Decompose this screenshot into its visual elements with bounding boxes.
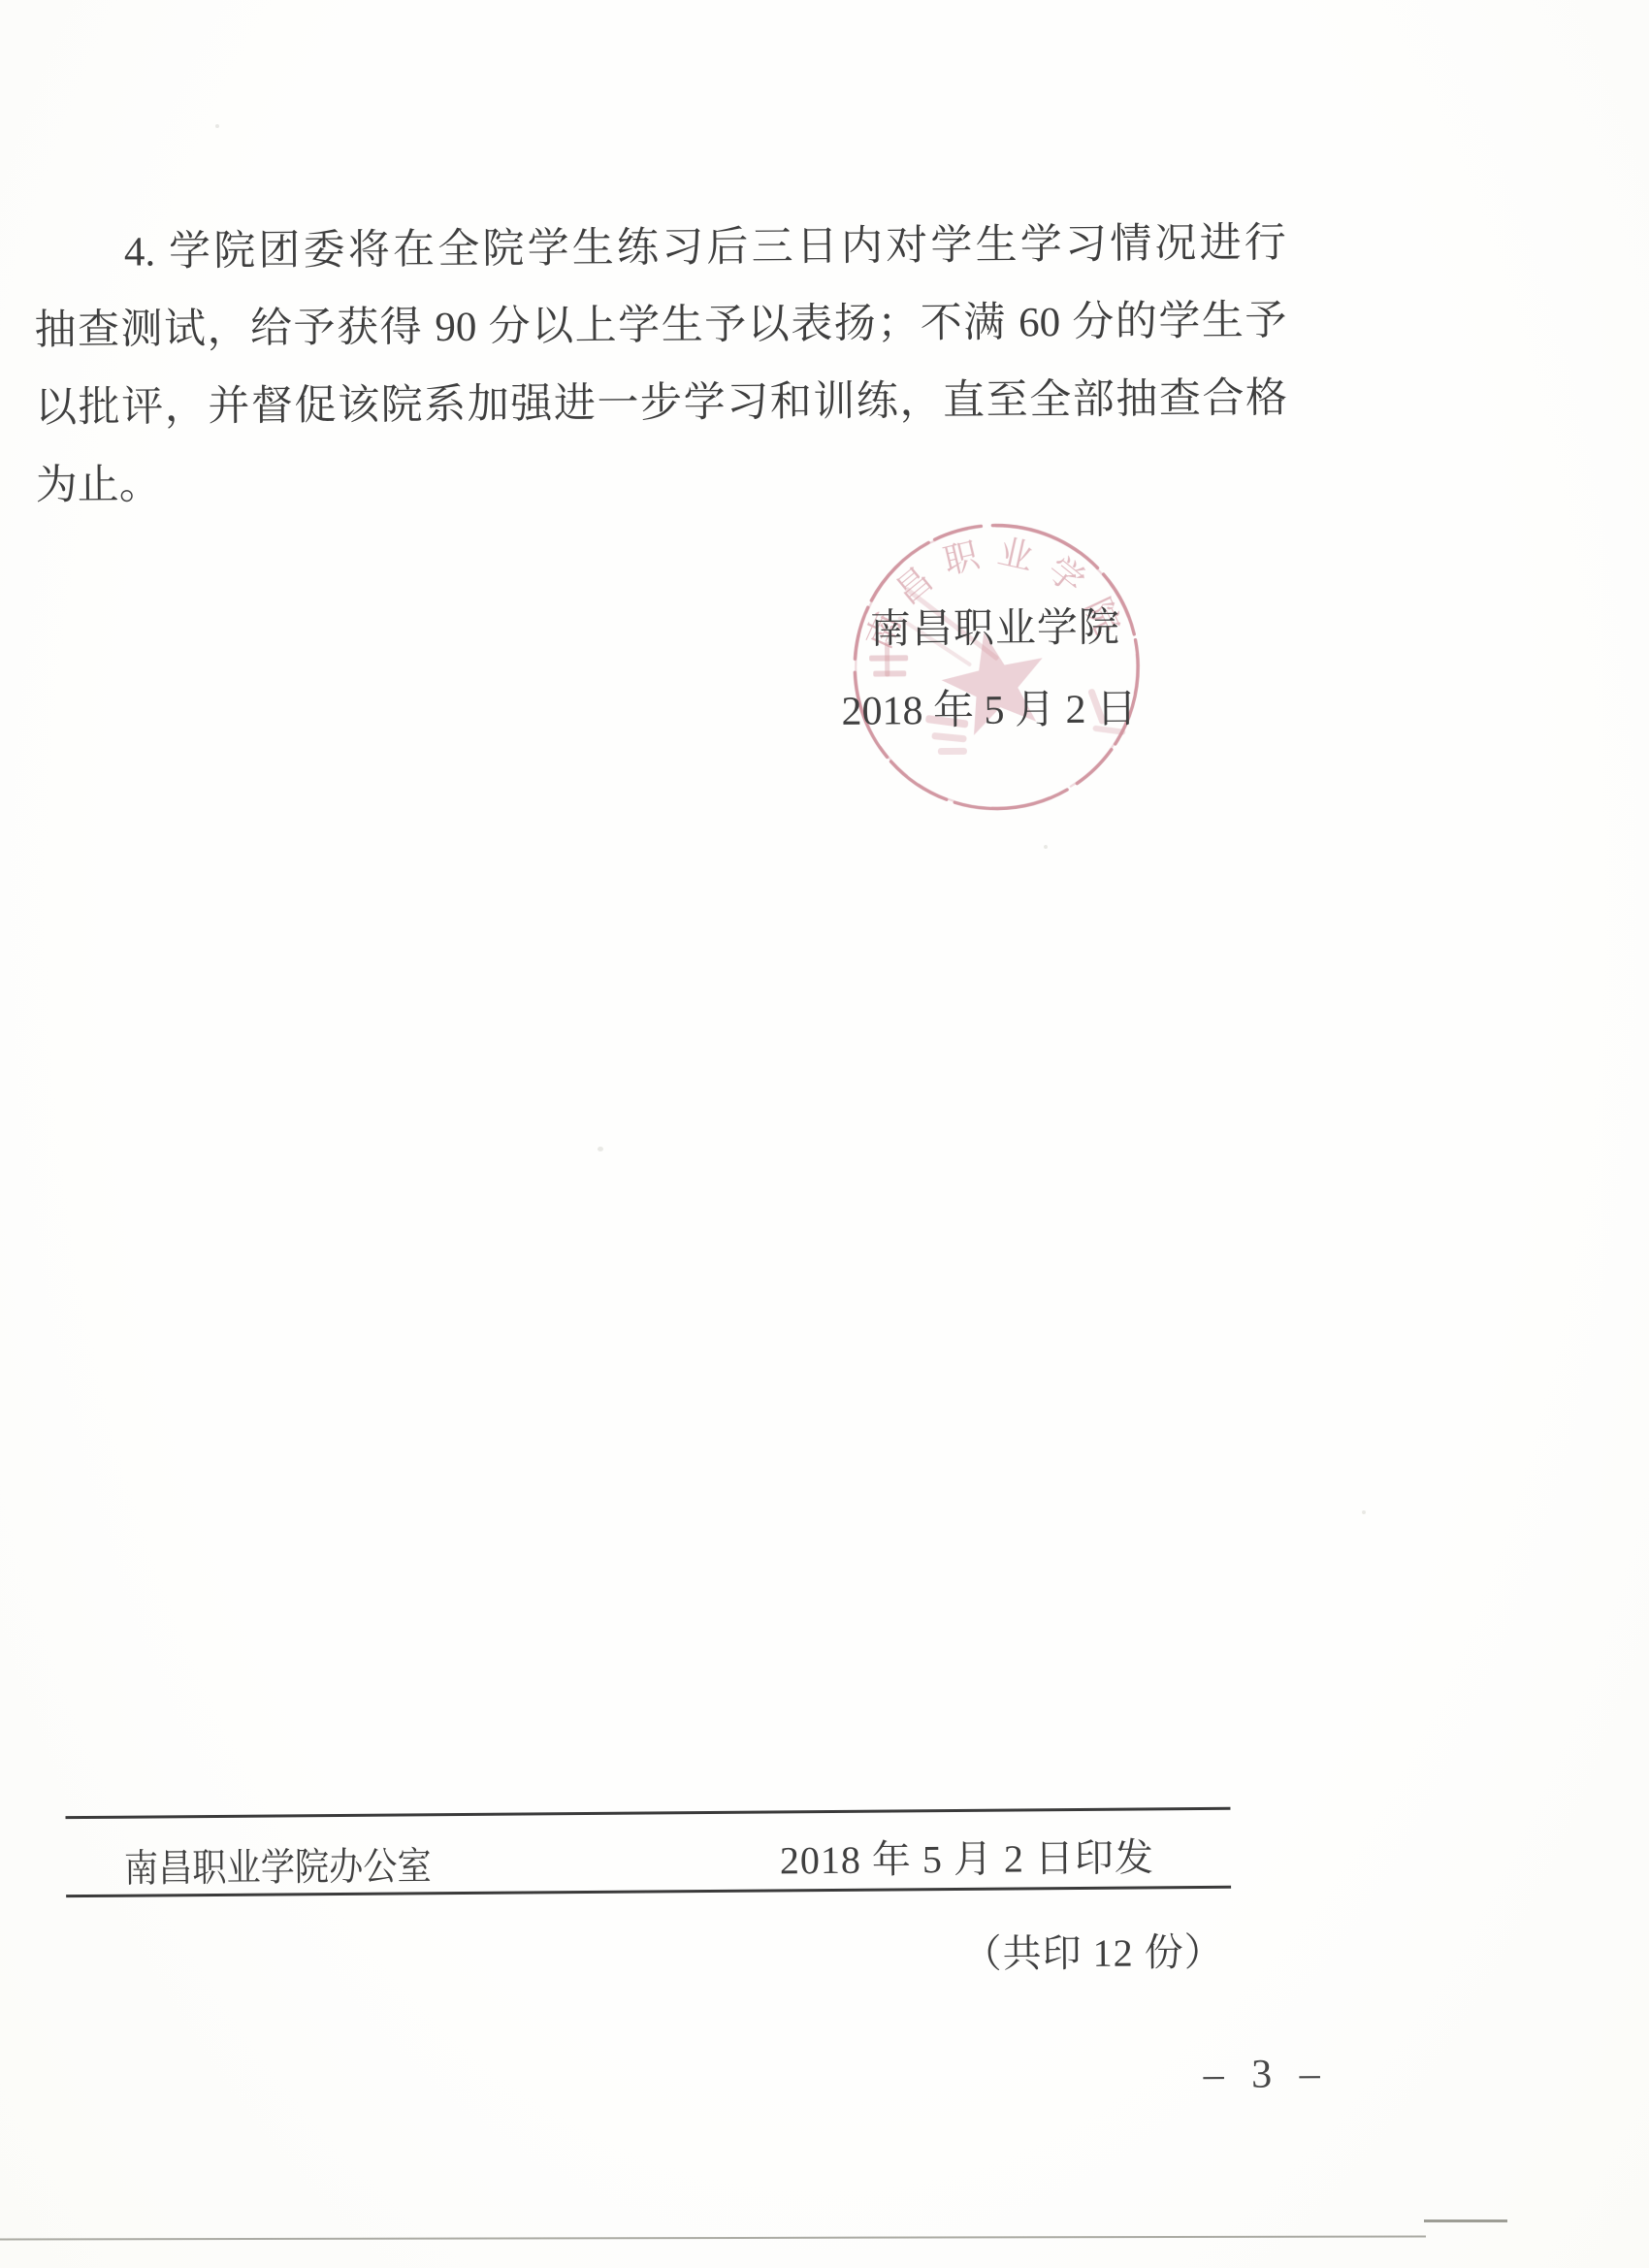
- scan-speck: [598, 1147, 603, 1151]
- page-number: – 3 –: [1203, 2051, 1328, 2098]
- body-line: 为止。: [35, 437, 1288, 525]
- signature-date: 2018 年 5 月 2 日: [841, 676, 1137, 736]
- scanned-document-page: 4. 学院团委将在全院学生练习后三日内对学生学习情况进行 抽查测试，给予获得 9…: [0, 0, 1649, 2268]
- scan-speck: [1044, 845, 1048, 849]
- footer-office: 南昌职业学院办公室: [124, 1835, 432, 1893]
- footer-rule-top: [65, 1807, 1230, 1819]
- scan-speck: [1362, 1510, 1366, 1514]
- body-line: 4. 学院团委将在全院学生练习后三日内对学生学习情况进行: [34, 205, 1287, 292]
- footer-copies: （共印 12 份）: [962, 1922, 1223, 1979]
- body-paragraph: 4. 学院团委将在全院学生练习后三日内对学生学习情况进行 抽查测试，给予获得 9…: [34, 205, 1288, 525]
- official-seal-stamp: 南昌职业学院: [849, 517, 1144, 812]
- scan-speck: [215, 124, 219, 128]
- document-content: 4. 学院团委将在全院学生练习后三日内对学生学习情况进行 抽查测试，给予获得 9…: [0, 0, 1649, 2268]
- body-line: 抽查测试，给予获得 90 分以上学生予以表扬；不满 60 分的学生予: [34, 282, 1287, 370]
- signature-issuer: 南昌职业学院: [870, 596, 1120, 656]
- footer-print-date: 2018 年 5 月 2 日印发: [780, 1827, 1154, 1885]
- scan-edge-line: [1424, 2219, 1507, 2222]
- body-line: 以批评，并督促该院系加强进一步学习和训练，直至全部抽查合格: [35, 360, 1288, 447]
